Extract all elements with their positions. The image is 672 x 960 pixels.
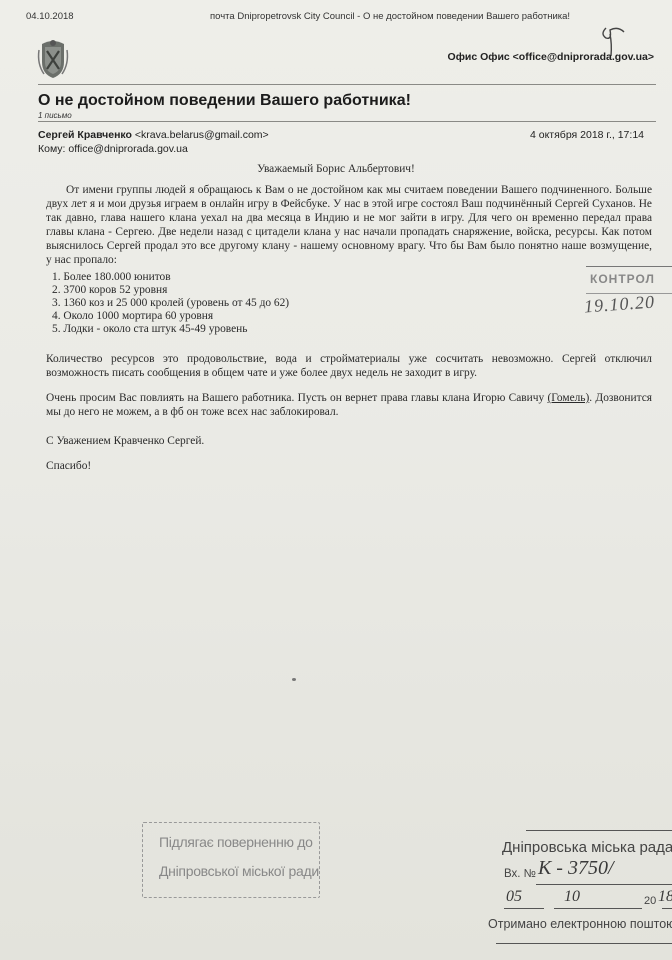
council-name: Дніпровська міська рада: [502, 839, 672, 856]
list-item: 3. 1360 коз и 25 000 кролей (уровень от …: [52, 297, 658, 310]
thanks: Спасибо!: [46, 459, 652, 473]
sender-name: Сергей Кравченко: [38, 129, 132, 141]
print-date: 04.10.2018: [26, 11, 74, 22]
divider: [38, 84, 656, 85]
scanned-letter-page: 04.10.2018 почта Dnipropetrovsk City Cou…: [0, 0, 672, 960]
email-subject: О не достойном поведении Вашего работник…: [38, 92, 411, 110]
control-label: КОНТРОЛ: [590, 272, 655, 286]
recipient: Кому: office@dniprorada.gov.ua: [38, 143, 188, 155]
list-item: 5. Лодки - около ста штук 45-49 уровень: [52, 323, 658, 336]
paper-speck: [292, 678, 296, 681]
print-title: почта Dnipropetrovsk City Council - О не…: [210, 11, 570, 22]
loss-list: 1. Более 180.000 юнитов 2. 3700 коров 52…: [52, 271, 658, 336]
sent-date: 4 октября 2018 г., 17:14: [530, 129, 644, 141]
return-stamp-line-1: Підлягає поверненню до: [159, 834, 313, 850]
paragraph-3-text: Очень просим Вас повлиять на Вашего рабо…: [46, 392, 548, 404]
greeting: Уважаемый Борис Альбертович!: [0, 163, 672, 175]
year-prefix: 20: [644, 895, 656, 907]
sender-email: <krava.belarus@gmail.com>: [135, 129, 269, 141]
incoming-label: Вх. №: [504, 868, 536, 880]
divider: [586, 266, 672, 267]
divider: [496, 943, 672, 944]
registration-year: 18: [658, 888, 672, 906]
list-item: 2. 3700 коров 52 уровня: [52, 284, 658, 297]
registration-day: 05: [506, 888, 522, 906]
return-stamp: Підлягає поверненню до Дніпровської місь…: [142, 822, 320, 898]
sender: Сергей Кравченко <krava.belarus@gmail.co…: [38, 129, 269, 141]
underlined-city: (Гомель): [548, 392, 590, 404]
mailbox-owner: Офис Офис <office@dniprorada.gov.ua>: [448, 51, 654, 63]
message-count: 1 письмо: [38, 111, 72, 120]
received-via: Отримано електронною поштою: [488, 917, 672, 931]
control-stamp: КОНТРОЛ 19.10.20: [582, 266, 672, 320]
registration-month: 10: [564, 888, 580, 906]
divider: [38, 121, 656, 122]
body-paragraph-1: От имени группы людей я обращаюсь к Вам …: [46, 183, 652, 267]
divider: [554, 908, 642, 909]
divider: [504, 908, 544, 909]
divider: [536, 884, 672, 885]
list-item: 1. Более 180.000 юнитов: [52, 271, 658, 284]
divider: [526, 830, 672, 831]
body-paragraph-3: Очень просим Вас повлиять на Вашего рабо…: [46, 391, 652, 419]
closing: С Уважением Кравченко Сергей.: [46, 434, 652, 448]
body-paragraph-2: Количество ресурсов это продовольствие, …: [46, 352, 652, 380]
incoming-number: К - 3750/: [538, 857, 614, 880]
return-stamp-line-2: Дніпровської міської ради: [159, 863, 319, 879]
divider: [662, 908, 672, 909]
control-handwritten-date: 19.10.20: [583, 292, 655, 318]
registration-stamp: Дніпровська міська рада Вх. № К - 3750/ …: [492, 828, 672, 960]
city-coat-of-arms-icon: [36, 36, 70, 80]
list-item: 4. Около 1000 мортира 60 уровня: [52, 310, 658, 323]
